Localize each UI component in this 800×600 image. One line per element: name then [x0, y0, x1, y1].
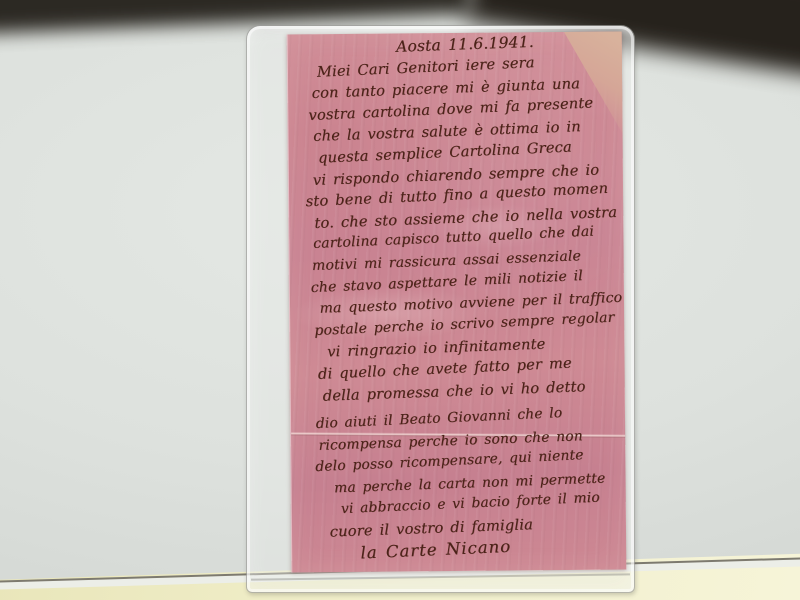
postcard: Aosta 11.6.1941. Miei Cari Genitori iere…: [287, 32, 627, 573]
handwriting: Aosta 11.6.1941. Miei Cari Genitori iere…: [300, 32, 627, 570]
photo-scene: Aosta 11.6.1941. Miei Cari Genitori iere…: [0, 0, 800, 600]
sleeve-bottom-seam: [251, 573, 630, 580]
